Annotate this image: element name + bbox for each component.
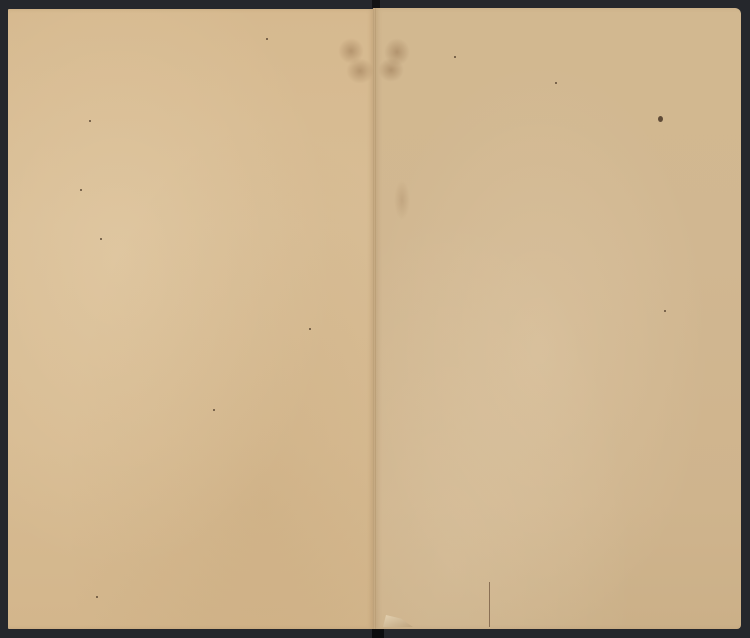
speck-mark (266, 38, 268, 40)
stain-mark (394, 180, 410, 220)
book-scan (0, 0, 750, 638)
spine-bottom-mark (372, 629, 384, 638)
spine-top-mark (372, 0, 380, 8)
stain-mark (378, 58, 404, 82)
speck-mark (454, 56, 456, 58)
stain-mark (346, 58, 374, 84)
right-page (375, 8, 741, 629)
speck-mark (309, 328, 311, 330)
speck-mark (213, 409, 215, 411)
speck-mark (664, 310, 666, 312)
page-tear (489, 582, 490, 627)
speck-mark (100, 238, 102, 240)
book-gutter (373, 8, 376, 630)
speck-mark (80, 189, 82, 191)
left-page (8, 9, 374, 629)
speck-mark (555, 82, 557, 84)
speck-mark (89, 120, 91, 122)
speck-mark (96, 596, 98, 598)
speck-mark (658, 116, 663, 122)
